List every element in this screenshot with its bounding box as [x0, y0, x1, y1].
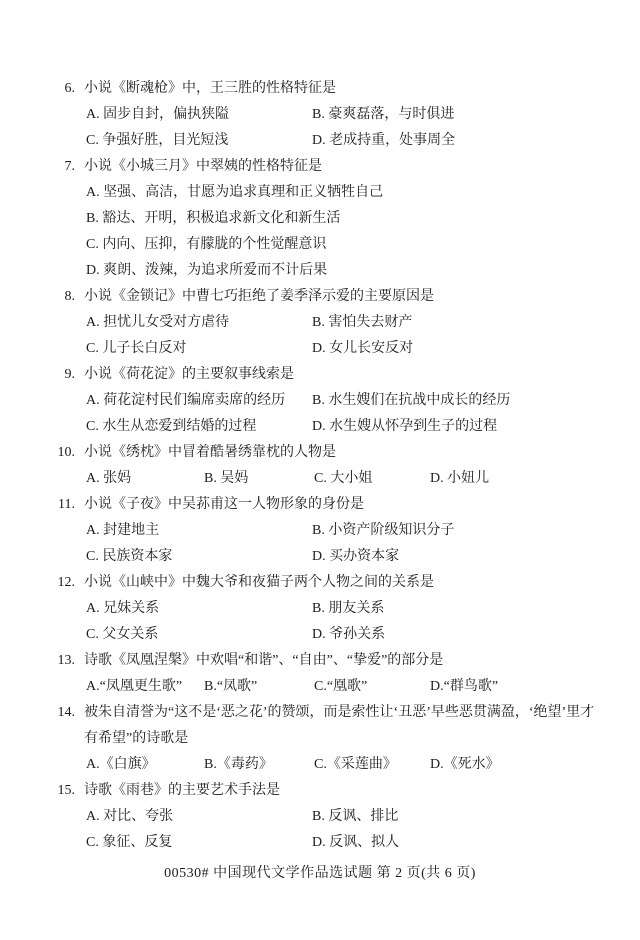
option-a: A. 兄妹关系 [86, 596, 312, 622]
question-stem: 小说《绣枕》中冒着酷暑绣靠枕的人物是 [84, 440, 604, 466]
options: A. 担忧儿女受对方虐待 B. 害怕失去财产 C. 儿子长白反对 D. 女儿长安… [84, 310, 604, 362]
question-9: 9. 小说《荷花淀》的主要叙事线索是 A. 荷花淀村民们编席卖席的经历 B. 水… [40, 362, 604, 440]
option-a: A. 固步自封，偏执狭隘 [86, 102, 312, 128]
option-b: B. 豁达、开明，积极追求新文化和新生活 [86, 206, 604, 232]
option-a: A.《白旗》 [86, 752, 204, 778]
option-d: D. 水生嫂从怀孕到生子的过程 [312, 414, 604, 440]
question-10: 10. 小说《绣枕》中冒着酷暑绣靠枕的人物是 A. 张妈 B. 吴妈 C. 大小… [40, 440, 604, 492]
options: A. 封建地主 B. 小资产阶级知识分子 C. 民族资本家 D. 买办资本家 [84, 518, 604, 570]
option-b: B. 吴妈 [204, 466, 314, 492]
options: A. 张妈 B. 吴妈 C. 大小姐 D. 小妞儿 [84, 466, 604, 492]
question-number: 8. [40, 284, 84, 310]
options: A. 坚强、高洁，甘愿为追求真理和正义牺牲自己 B. 豁达、开明，积极追求新文化… [84, 180, 604, 284]
question-number: 10. [40, 440, 84, 466]
option-c: C. 争强好胜，目光短浅 [86, 128, 312, 154]
options: A.《白旗》 B.《毒药》 C.《采莲曲》 D.《死水》 [84, 752, 604, 778]
question-area: 6. 小说《断魂枪》中，王三胜的性格特征是 A. 固步自封，偏执狭隘 B. 豪爽… [0, 0, 640, 856]
option-a: A. 对比、夸张 [86, 804, 312, 830]
question-6: 6. 小说《断魂枪》中，王三胜的性格特征是 A. 固步自封，偏执狭隘 B. 豪爽… [40, 76, 604, 154]
question-stem: 小说《山峡中》中魏大爷和夜猫子两个人物之间的关系是 [84, 570, 604, 596]
option-c: C.《采莲曲》 [314, 752, 430, 778]
question-stem: 诗歌《凤凰涅槃》中欢唱“和谐”、“自由”、“挚爱”的部分是 [84, 648, 604, 674]
option-b: B. 水生嫂们在抗战中成长的经历 [312, 388, 604, 414]
option-c: C. 水生从恋爱到结婚的过程 [86, 414, 312, 440]
option-a: A. 荷花淀村民们编席卖席的经历 [86, 388, 312, 414]
option-c: C. 大小姐 [314, 466, 430, 492]
option-d: D. 老成持重，处事周全 [312, 128, 604, 154]
options: A. 兄妹关系 B. 朋友关系 C. 父女关系 D. 爷孙关系 [84, 596, 604, 648]
options: A. 固步自封，偏执狭隘 B. 豪爽磊落，与时俱进 C. 争强好胜，目光短浅 D… [84, 102, 604, 154]
option-c: C. 象征、反复 [86, 830, 312, 856]
option-b: B. 豪爽磊落，与时俱进 [312, 102, 604, 128]
question-stem: 小说《金锁记》中曹七巧拒绝了姜季泽示爱的主要原因是 [84, 284, 604, 310]
option-b: B. 反讽、排比 [312, 804, 604, 830]
option-a: A. 坚强、高洁，甘愿为追求真理和正义牺牲自己 [86, 180, 604, 206]
question-15: 15. 诗歌《雨巷》的主要艺术手法是 A. 对比、夸张 B. 反讽、排比 C. … [40, 778, 604, 856]
exam-page: 6. 小说《断魂枪》中，王三胜的性格特征是 A. 固步自封，偏执狭隘 B. 豪爽… [0, 0, 640, 940]
option-b: B. 朋友关系 [312, 596, 604, 622]
question-7: 7. 小说《小城三月》中翠姨的性格特征是 A. 坚强、高洁，甘愿为追求真理和正义… [40, 154, 604, 284]
question-stem: 小说《荷花淀》的主要叙事线索是 [84, 362, 604, 388]
option-c: C. 儿子长白反对 [86, 336, 312, 362]
question-number: 14. [40, 700, 84, 726]
question-stem: 小说《小城三月》中翠姨的性格特征是 [84, 154, 604, 180]
option-a: A. 担忧儿女受对方虐待 [86, 310, 312, 336]
option-a: A.“凤凰更生歌” [86, 674, 204, 700]
page-footer: 00530# 中国现代文学作品选试题 第 2 页(共 6 页) [0, 861, 640, 887]
question-number: 13. [40, 648, 84, 674]
option-d: D. 爽朗、泼辣，为追求所爱而不计后果 [86, 258, 604, 284]
question-11: 11. 小说《子夜》中吴荪甫这一人物形象的身份是 A. 封建地主 B. 小资产阶… [40, 492, 604, 570]
question-14: 14. 被朱自清誉为“这不是‘恶之花’的赞颂，而是索性让‘丑恶’早些恶贯满盈，‘… [40, 700, 604, 778]
option-c: C. 内向、压抑，有朦胧的个性觉醒意识 [86, 232, 604, 258]
option-d: D.“群鸟歌” [430, 674, 604, 700]
question-12: 12. 小说《山峡中》中魏大爷和夜猫子两个人物之间的关系是 A. 兄妹关系 B.… [40, 570, 604, 648]
option-c: C. 父女关系 [86, 622, 312, 648]
option-b: B.“凤歌” [204, 674, 314, 700]
question-stem: 小说《断魂枪》中，王三胜的性格特征是 [84, 76, 604, 102]
option-d: D. 爷孙关系 [312, 622, 604, 648]
option-d: D. 小妞儿 [430, 466, 604, 492]
option-c: C.“凰歌” [314, 674, 430, 700]
question-number: 11. [40, 492, 84, 518]
option-b: B. 害怕失去财产 [312, 310, 604, 336]
question-number: 15. [40, 778, 84, 804]
options: A. 对比、夸张 B. 反讽、排比 C. 象征、反复 D. 反讽、拟人 [84, 804, 604, 856]
question-stem: 小说《子夜》中吴荪甫这一人物形象的身份是 [84, 492, 604, 518]
question-8: 8. 小说《金锁记》中曹七巧拒绝了姜季泽示爱的主要原因是 A. 担忧儿女受对方虐… [40, 284, 604, 362]
option-d: D.《死水》 [430, 752, 604, 778]
question-number: 9. [40, 362, 84, 388]
question-13: 13. 诗歌《凤凰涅槃》中欢唱“和谐”、“自由”、“挚爱”的部分是 A.“凤凰更… [40, 648, 604, 700]
option-a: A. 封建地主 [86, 518, 312, 544]
options: A.“凤凰更生歌” B.“凤歌” C.“凰歌” D.“群鸟歌” [84, 674, 604, 700]
question-number: 7. [40, 154, 84, 180]
question-stem: 诗歌《雨巷》的主要艺术手法是 [84, 778, 604, 804]
option-d: D. 女儿长安反对 [312, 336, 604, 362]
options: A. 荷花淀村民们编席卖席的经历 B. 水生嫂们在抗战中成长的经历 C. 水生从… [84, 388, 604, 440]
option-d: D. 反讽、拟人 [312, 830, 604, 856]
option-a: A. 张妈 [86, 466, 204, 492]
option-b: B. 小资产阶级知识分子 [312, 518, 604, 544]
option-c: C. 民族资本家 [86, 544, 312, 570]
question-stem: 被朱自清誉为“这不是‘恶之花’的赞颂，而是索性让‘丑恶’早些恶贯满盈，‘绝望’里… [84, 700, 604, 752]
question-number: 6. [40, 76, 84, 102]
question-number: 12. [40, 570, 84, 596]
option-d: D. 买办资本家 [312, 544, 604, 570]
option-b: B.《毒药》 [204, 752, 314, 778]
